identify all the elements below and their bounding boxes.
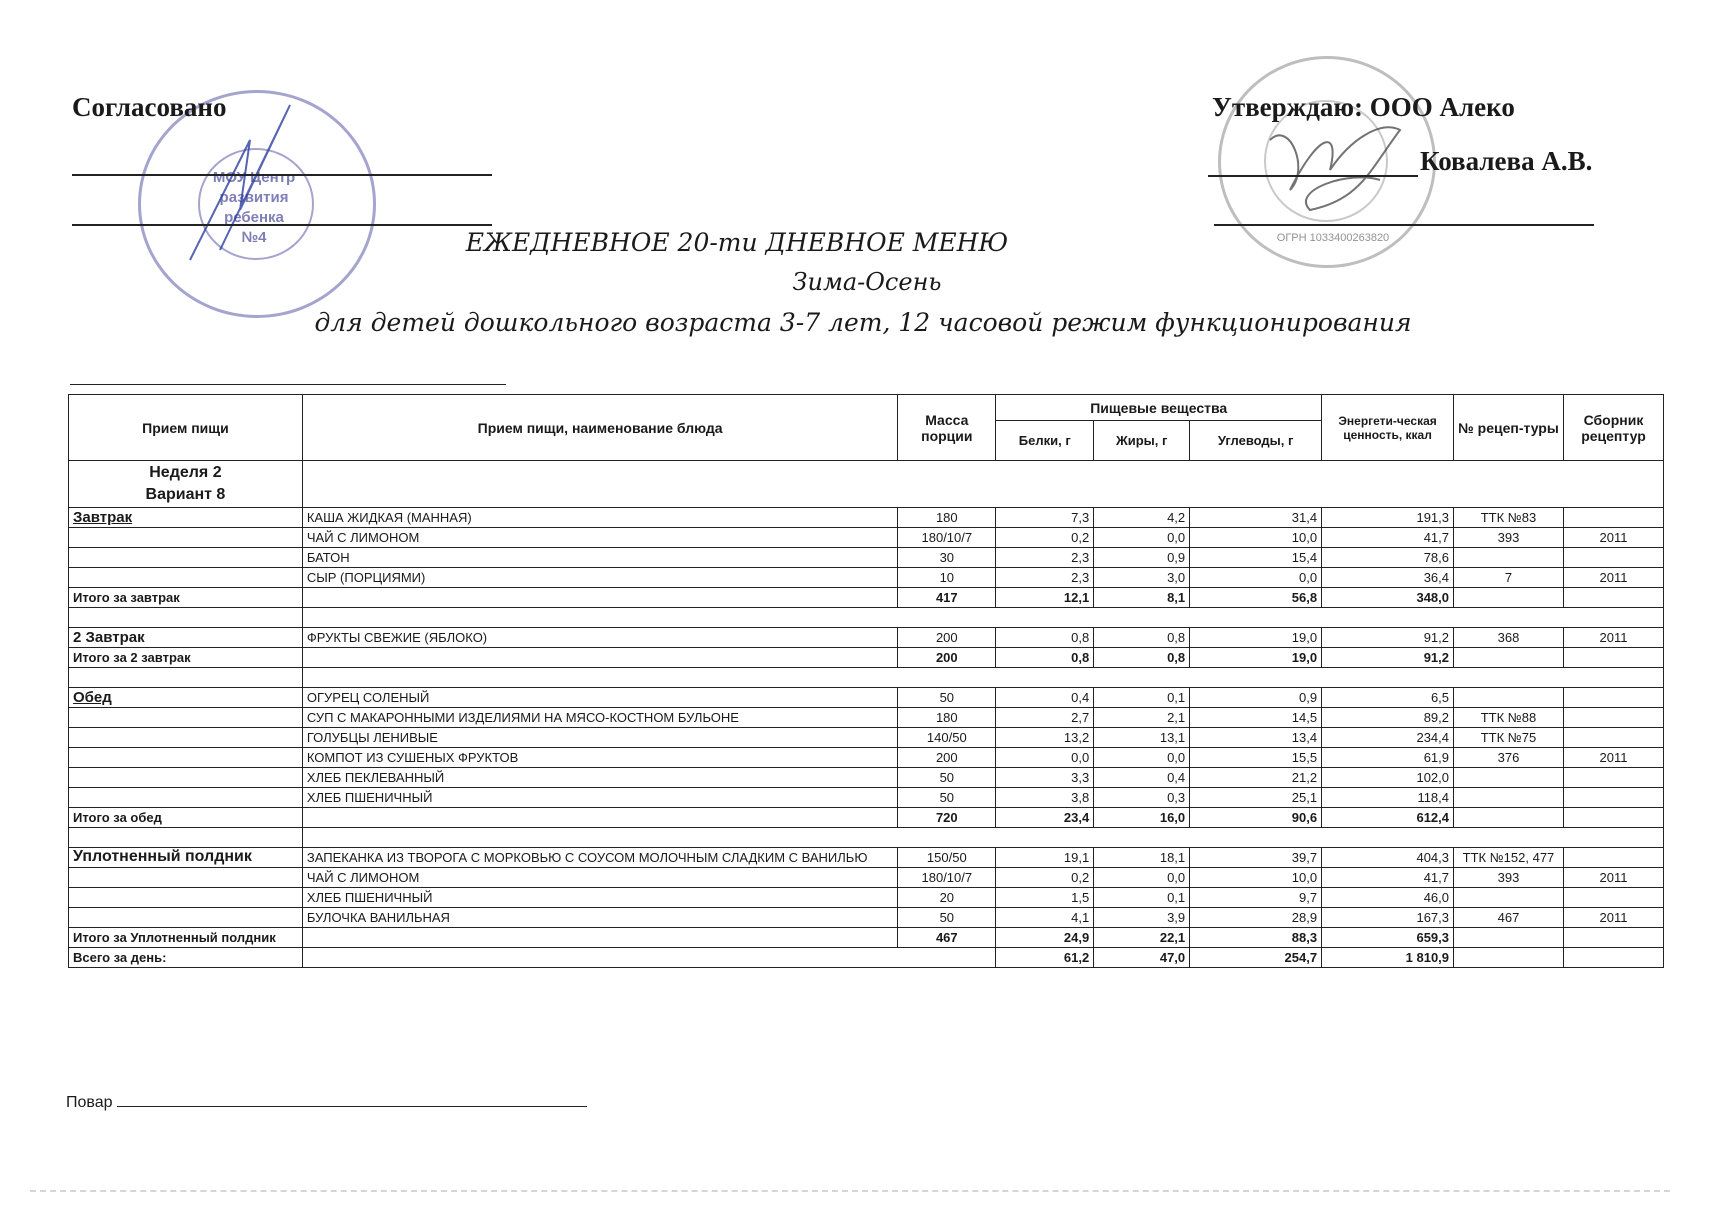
collection-cell xyxy=(1563,708,1663,728)
fat-cell: 0,4 xyxy=(1094,768,1190,788)
energy-cell: 167,3 xyxy=(1322,908,1454,928)
total-collection xyxy=(1563,648,1663,668)
carbs-cell: 0,9 xyxy=(1190,688,1322,708)
signature-line-left-1 xyxy=(72,174,492,176)
total-label: Итого за 2 завтрак xyxy=(69,648,303,668)
total-protein: 23,4 xyxy=(996,808,1094,828)
meal-cell xyxy=(69,888,303,908)
header-recipe: № рецеп-туры xyxy=(1454,395,1564,461)
recipe-cell: ТТК №88 xyxy=(1454,708,1564,728)
energy-cell: 102,0 xyxy=(1322,768,1454,788)
carbs-cell: 28,9 xyxy=(1190,908,1322,928)
recipe-cell xyxy=(1454,788,1564,808)
approved-right-label: Утверждаю: ООО Алеко xyxy=(1212,92,1515,123)
total-carbs: 19,0 xyxy=(1190,648,1322,668)
collection-cell xyxy=(1563,688,1663,708)
day-total-carbs: 254,7 xyxy=(1190,948,1322,968)
collection-cell xyxy=(1563,768,1663,788)
energy-cell: 404,3 xyxy=(1322,848,1454,868)
dish-name: ЧАЙ С ЛИМОНОМ xyxy=(302,868,897,888)
carbs-cell: 15,5 xyxy=(1190,748,1322,768)
carbs-cell: 10,0 xyxy=(1190,528,1322,548)
protein-cell: 2,3 xyxy=(996,568,1094,588)
fat-cell: 0,8 xyxy=(1094,628,1190,648)
dish-name: БУЛОЧКА ВАНИЛЬНАЯ xyxy=(302,908,897,928)
meal-cell xyxy=(69,868,303,888)
fat-cell: 3,0 xyxy=(1094,568,1190,588)
carbs-cell: 13,4 xyxy=(1190,728,1322,748)
dish-name: ФРУКТЫ СВЕЖИЕ (ЯБЛОКО) xyxy=(302,628,897,648)
total-carbs: 56,8 xyxy=(1190,588,1322,608)
signature-line-right-2 xyxy=(1214,224,1594,226)
meal-cell xyxy=(69,528,303,548)
day-total-spacer xyxy=(302,948,995,968)
mass-cell: 50 xyxy=(898,908,996,928)
header-carbs: Углеводы, г xyxy=(1190,421,1322,461)
table-row: ЗавтракКАША ЖИДКАЯ (МАННАЯ)1807,34,231,4… xyxy=(69,508,1664,528)
collection-cell: 2011 xyxy=(1563,528,1663,548)
fat-cell: 0,0 xyxy=(1094,528,1190,548)
cook-signature-line xyxy=(117,1106,587,1107)
carbs-cell: 31,4 xyxy=(1190,508,1322,528)
table-row: ХЛЕБ ПШЕНИЧНЫЙ503,80,325,1118,4 xyxy=(69,788,1664,808)
total-collection xyxy=(1563,928,1663,948)
table-row: ОбедОГУРЕЦ СОЛЕНЫЙ500,40,10,96,5 xyxy=(69,688,1664,708)
dish-name: БАТОН xyxy=(302,548,897,568)
approved-left-label: Согласовано xyxy=(72,92,227,123)
energy-cell: 118,4 xyxy=(1322,788,1454,808)
total-row: Итого за обед72023,416,090,6612,4 xyxy=(69,808,1664,828)
dish-name: ХЛЕБ ПШЕНИЧНЫЙ xyxy=(302,788,897,808)
recipe-cell xyxy=(1454,768,1564,788)
protein-cell: 2,3 xyxy=(996,548,1094,568)
protein-cell: 13,2 xyxy=(996,728,1094,748)
dish-name: ХЛЕБ ПШЕНИЧНЫЙ xyxy=(302,888,897,908)
header-meal: Прием пищи xyxy=(69,395,303,461)
menu-body: Неделя 2 Вариант 8 ЗавтракКАША ЖИДКАЯ (М… xyxy=(69,461,1664,968)
table-row: ЧАЙ С ЛИМОНОМ180/10/70,20,010,041,739320… xyxy=(69,528,1664,548)
carbs-cell: 0,0 xyxy=(1190,568,1322,588)
protein-cell: 3,8 xyxy=(996,788,1094,808)
energy-cell: 6,5 xyxy=(1322,688,1454,708)
meal-cell xyxy=(69,748,303,768)
carbs-cell: 15,4 xyxy=(1190,548,1322,568)
day-total-protein: 61,2 xyxy=(996,948,1094,968)
protein-cell: 0,2 xyxy=(996,868,1094,888)
energy-cell: 46,0 xyxy=(1322,888,1454,908)
day-total-recipe xyxy=(1454,948,1564,968)
total-protein: 24,9 xyxy=(996,928,1094,948)
mass-cell: 50 xyxy=(898,688,996,708)
total-fat: 22,1 xyxy=(1094,928,1190,948)
variant-label: Вариант 8 xyxy=(73,484,298,506)
protein-cell: 0,8 xyxy=(996,628,1094,648)
total-row: Итого за Уплотненный полдник46724,922,18… xyxy=(69,928,1664,948)
fat-cell: 0,3 xyxy=(1094,788,1190,808)
total-collection xyxy=(1563,588,1663,608)
energy-cell: 41,7 xyxy=(1322,528,1454,548)
dish-name: ОГУРЕЦ СОЛЕНЫЙ xyxy=(302,688,897,708)
fat-cell: 0,9 xyxy=(1094,548,1190,568)
table-row: Уплотненный полдникЗАПЕКАНКА ИЗ ТВОРОГА … xyxy=(69,848,1664,868)
total-carbs: 90,6 xyxy=(1190,808,1322,828)
spacer-cell xyxy=(69,608,303,628)
day-total-energy: 1 810,9 xyxy=(1322,948,1454,968)
week-label: Неделя 2 xyxy=(73,462,298,484)
meal-cell xyxy=(69,568,303,588)
week-row: Неделя 2 Вариант 8 xyxy=(69,461,1664,508)
dish-name: КАША ЖИДКАЯ (МАННАЯ) xyxy=(302,508,897,528)
table-row: БАТОН302,30,915,478,6 xyxy=(69,548,1664,568)
header-fat: Жиры, г xyxy=(1094,421,1190,461)
mass-cell: 50 xyxy=(898,768,996,788)
meal-cell: Уплотненный полдник xyxy=(69,848,303,868)
total-label: Итого за Уплотненный полдник xyxy=(69,928,303,948)
day-total-row: Всего за день:61,247,0254,71 810,9 xyxy=(69,948,1664,968)
spacer-row xyxy=(69,668,1664,688)
protein-cell: 7,3 xyxy=(996,508,1094,528)
energy-cell: 61,9 xyxy=(1322,748,1454,768)
recipe-cell: ТТК №83 xyxy=(1454,508,1564,528)
mass-cell: 180 xyxy=(898,508,996,528)
meal-cell: 2 Завтрак xyxy=(69,628,303,648)
total-energy: 91,2 xyxy=(1322,648,1454,668)
collection-cell: 2011 xyxy=(1563,568,1663,588)
header-dish: Прием пищи, наименование блюда xyxy=(302,395,897,461)
collection-cell xyxy=(1563,508,1663,528)
header-nutrients: Пищевые вещества xyxy=(996,395,1322,421)
total-energy: 348,0 xyxy=(1322,588,1454,608)
table-row: КОМПОТ ИЗ СУШЕНЫХ ФРУКТОВ2000,00,015,561… xyxy=(69,748,1664,768)
recipe-cell: ТТК №152, 477 xyxy=(1454,848,1564,868)
meal-cell xyxy=(69,708,303,728)
total-label: Итого за завтрак xyxy=(69,588,303,608)
meal-cell: Завтрак xyxy=(69,508,303,528)
spacer-cell xyxy=(69,828,303,848)
carbs-cell: 39,7 xyxy=(1190,848,1322,868)
protein-cell: 2,7 xyxy=(996,708,1094,728)
header-energy: Энергети-ческая ценность, ккал xyxy=(1322,395,1454,461)
mass-cell: 140/50 xyxy=(898,728,996,748)
fat-cell: 0,0 xyxy=(1094,868,1190,888)
dish-name: ГОЛУБЦЫ ЛЕНИВЫЕ xyxy=(302,728,897,748)
total-dish-cell xyxy=(302,928,897,948)
fat-cell: 2,1 xyxy=(1094,708,1190,728)
dish-name: ЧАЙ С ЛИМОНОМ xyxy=(302,528,897,548)
carbs-cell: 14,5 xyxy=(1190,708,1322,728)
spacer-cell xyxy=(69,668,303,688)
total-fat: 8,1 xyxy=(1094,588,1190,608)
dish-name: СУП С МАКАРОННЫМИ ИЗДЕЛИЯМИ НА МЯСО-КОСТ… xyxy=(302,708,897,728)
collection-cell: 2011 xyxy=(1563,908,1663,928)
table-row: ЧАЙ С ЛИМОНОМ180/10/70,20,010,041,739320… xyxy=(69,868,1664,888)
protein-cell: 0,4 xyxy=(996,688,1094,708)
carbs-cell: 10,0 xyxy=(1190,868,1322,888)
week-cell: Неделя 2 Вариант 8 xyxy=(69,461,303,508)
carbs-cell: 25,1 xyxy=(1190,788,1322,808)
total-dish-cell xyxy=(302,648,897,668)
total-collection xyxy=(1563,808,1663,828)
document-title: ЕЖЕДНЕВНОЕ 20-ти ДНЕВНОЕ МЕНЮ xyxy=(0,228,1604,257)
total-recipe xyxy=(1454,808,1564,828)
total-protein: 12,1 xyxy=(996,588,1094,608)
signatory-name: Ковалева А.В. xyxy=(1420,146,1592,177)
table-row: ХЛЕБ ПШЕНИЧНЫЙ201,50,19,746,0 xyxy=(69,888,1664,908)
mass-cell: 10 xyxy=(898,568,996,588)
energy-cell: 41,7 xyxy=(1322,868,1454,888)
collection-cell: 2011 xyxy=(1563,628,1663,648)
total-dish-cell xyxy=(302,808,897,828)
total-recipe xyxy=(1454,928,1564,948)
total-dish-cell xyxy=(302,588,897,608)
recipe-cell xyxy=(1454,548,1564,568)
recipe-cell: 467 xyxy=(1454,908,1564,928)
spacer-cell xyxy=(302,668,1663,688)
collection-cell xyxy=(1563,888,1663,908)
recipe-cell xyxy=(1454,688,1564,708)
fat-cell: 0,1 xyxy=(1094,688,1190,708)
mass-cell: 50 xyxy=(898,788,996,808)
scan-edge xyxy=(30,1190,1670,1192)
dish-name: ЗАПЕКАНКА ИЗ ТВОРОГА С МОРКОВЬЮ С СОУСОМ… xyxy=(302,848,897,868)
day-total-label: Всего за день: xyxy=(69,948,303,968)
energy-cell: 91,2 xyxy=(1322,628,1454,648)
total-label: Итого за обед xyxy=(69,808,303,828)
recipe-cell: 376 xyxy=(1454,748,1564,768)
spacer-row xyxy=(69,828,1664,848)
total-mass: 467 xyxy=(898,928,996,948)
cook-label: Повар xyxy=(66,1094,113,1111)
table-row: СЫР (ПОРЦИЯМИ)102,33,00,036,472011 xyxy=(69,568,1664,588)
season-subtitle: Зима-Осень xyxy=(0,268,1734,296)
fat-cell: 0,0 xyxy=(1094,748,1190,768)
meal-cell xyxy=(69,768,303,788)
collection-cell xyxy=(1563,788,1663,808)
total-row: Итого за завтрак41712,18,156,8348,0 xyxy=(69,588,1664,608)
spacer-cell xyxy=(302,828,1663,848)
mass-cell: 30 xyxy=(898,548,996,568)
header-protein: Белки, г xyxy=(996,421,1094,461)
recipe-cell: 393 xyxy=(1454,868,1564,888)
table-row: ГОЛУБЦЫ ЛЕНИВЫЕ140/5013,213,113,4234,4ТТ… xyxy=(69,728,1664,748)
total-fat: 16,0 xyxy=(1094,808,1190,828)
meal-cell xyxy=(69,908,303,928)
meal-cell: Обед xyxy=(69,688,303,708)
protein-cell: 1,5 xyxy=(996,888,1094,908)
mass-cell: 200 xyxy=(898,628,996,648)
mass-cell: 200 xyxy=(898,748,996,768)
total-protein: 0,8 xyxy=(996,648,1094,668)
mass-cell: 180/10/7 xyxy=(898,528,996,548)
protein-cell: 4,1 xyxy=(996,908,1094,928)
blank-line xyxy=(70,384,506,385)
collection-cell: 2011 xyxy=(1563,868,1663,888)
fat-cell: 3,9 xyxy=(1094,908,1190,928)
total-mass: 417 xyxy=(898,588,996,608)
table-row: БУЛОЧКА ВАНИЛЬНАЯ504,13,928,9167,3467201… xyxy=(69,908,1664,928)
dish-name: СЫР (ПОРЦИЯМИ) xyxy=(302,568,897,588)
total-fat: 0,8 xyxy=(1094,648,1190,668)
total-recipe xyxy=(1454,648,1564,668)
energy-cell: 89,2 xyxy=(1322,708,1454,728)
header-mass: Масса порции xyxy=(898,395,996,461)
day-total-fat: 47,0 xyxy=(1094,948,1190,968)
dish-name: КОМПОТ ИЗ СУШЕНЫХ ФРУКТОВ xyxy=(302,748,897,768)
collection-cell xyxy=(1563,548,1663,568)
fat-cell: 13,1 xyxy=(1094,728,1190,748)
protein-cell: 0,2 xyxy=(996,528,1094,548)
total-energy: 612,4 xyxy=(1322,808,1454,828)
fat-cell: 18,1 xyxy=(1094,848,1190,868)
protein-cell: 0,0 xyxy=(996,748,1094,768)
recipe-cell xyxy=(1454,888,1564,908)
recipe-cell: 393 xyxy=(1454,528,1564,548)
signature-right-icon xyxy=(1250,110,1430,230)
total-energy: 659,3 xyxy=(1322,928,1454,948)
collection-cell xyxy=(1563,728,1663,748)
energy-cell: 234,4 xyxy=(1322,728,1454,748)
recipe-cell: ТТК №75 xyxy=(1454,728,1564,748)
recipe-cell: 368 xyxy=(1454,628,1564,648)
protein-cell: 19,1 xyxy=(996,848,1094,868)
total-recipe xyxy=(1454,588,1564,608)
meal-cell xyxy=(69,788,303,808)
carbs-cell: 19,0 xyxy=(1190,628,1322,648)
protein-cell: 3,3 xyxy=(996,768,1094,788)
day-total-collection xyxy=(1563,948,1663,968)
fat-cell: 4,2 xyxy=(1094,508,1190,528)
mass-cell: 20 xyxy=(898,888,996,908)
energy-cell: 78,6 xyxy=(1322,548,1454,568)
signature-line-right-1 xyxy=(1208,175,1418,177)
carbs-cell: 9,7 xyxy=(1190,888,1322,908)
collection-cell xyxy=(1563,848,1663,868)
table-row: ХЛЕБ ПЕКЛЕВАННЫЙ503,30,421,2102,0 xyxy=(69,768,1664,788)
mass-cell: 150/50 xyxy=(898,848,996,868)
mass-cell: 180/10/7 xyxy=(898,868,996,888)
total-carbs: 88,3 xyxy=(1190,928,1322,948)
fat-cell: 0,1 xyxy=(1094,888,1190,908)
audience-subtitle: для детей дошкольного возраста 3-7 лет, … xyxy=(0,308,1730,337)
signature-line-left-2 xyxy=(72,224,492,226)
spacer-row xyxy=(69,608,1664,628)
dish-name: ХЛЕБ ПЕКЛЕВАННЫЙ xyxy=(302,768,897,788)
recipe-cell: 7 xyxy=(1454,568,1564,588)
header-collection: Сборник рецептур xyxy=(1563,395,1663,461)
meal-cell xyxy=(69,548,303,568)
collection-cell: 2011 xyxy=(1563,748,1663,768)
menu-table: Прием пищи Прием пищи, наименование блюд… xyxy=(68,394,1664,968)
energy-cell: 191,3 xyxy=(1322,508,1454,528)
total-mass: 720 xyxy=(898,808,996,828)
total-mass: 200 xyxy=(898,648,996,668)
energy-cell: 36,4 xyxy=(1322,568,1454,588)
spacer-cell xyxy=(302,608,1663,628)
carbs-cell: 21,2 xyxy=(1190,768,1322,788)
cook-signature: Повар xyxy=(66,1094,587,1112)
table-row: 2 ЗавтракФРУКТЫ СВЕЖИЕ (ЯБЛОКО)2000,80,8… xyxy=(69,628,1664,648)
mass-cell: 180 xyxy=(898,708,996,728)
table-row: СУП С МАКАРОННЫМИ ИЗДЕЛИЯМИ НА МЯСО-КОСТ… xyxy=(69,708,1664,728)
total-row: Итого за 2 завтрак2000,80,819,091,2 xyxy=(69,648,1664,668)
meal-cell xyxy=(69,728,303,748)
